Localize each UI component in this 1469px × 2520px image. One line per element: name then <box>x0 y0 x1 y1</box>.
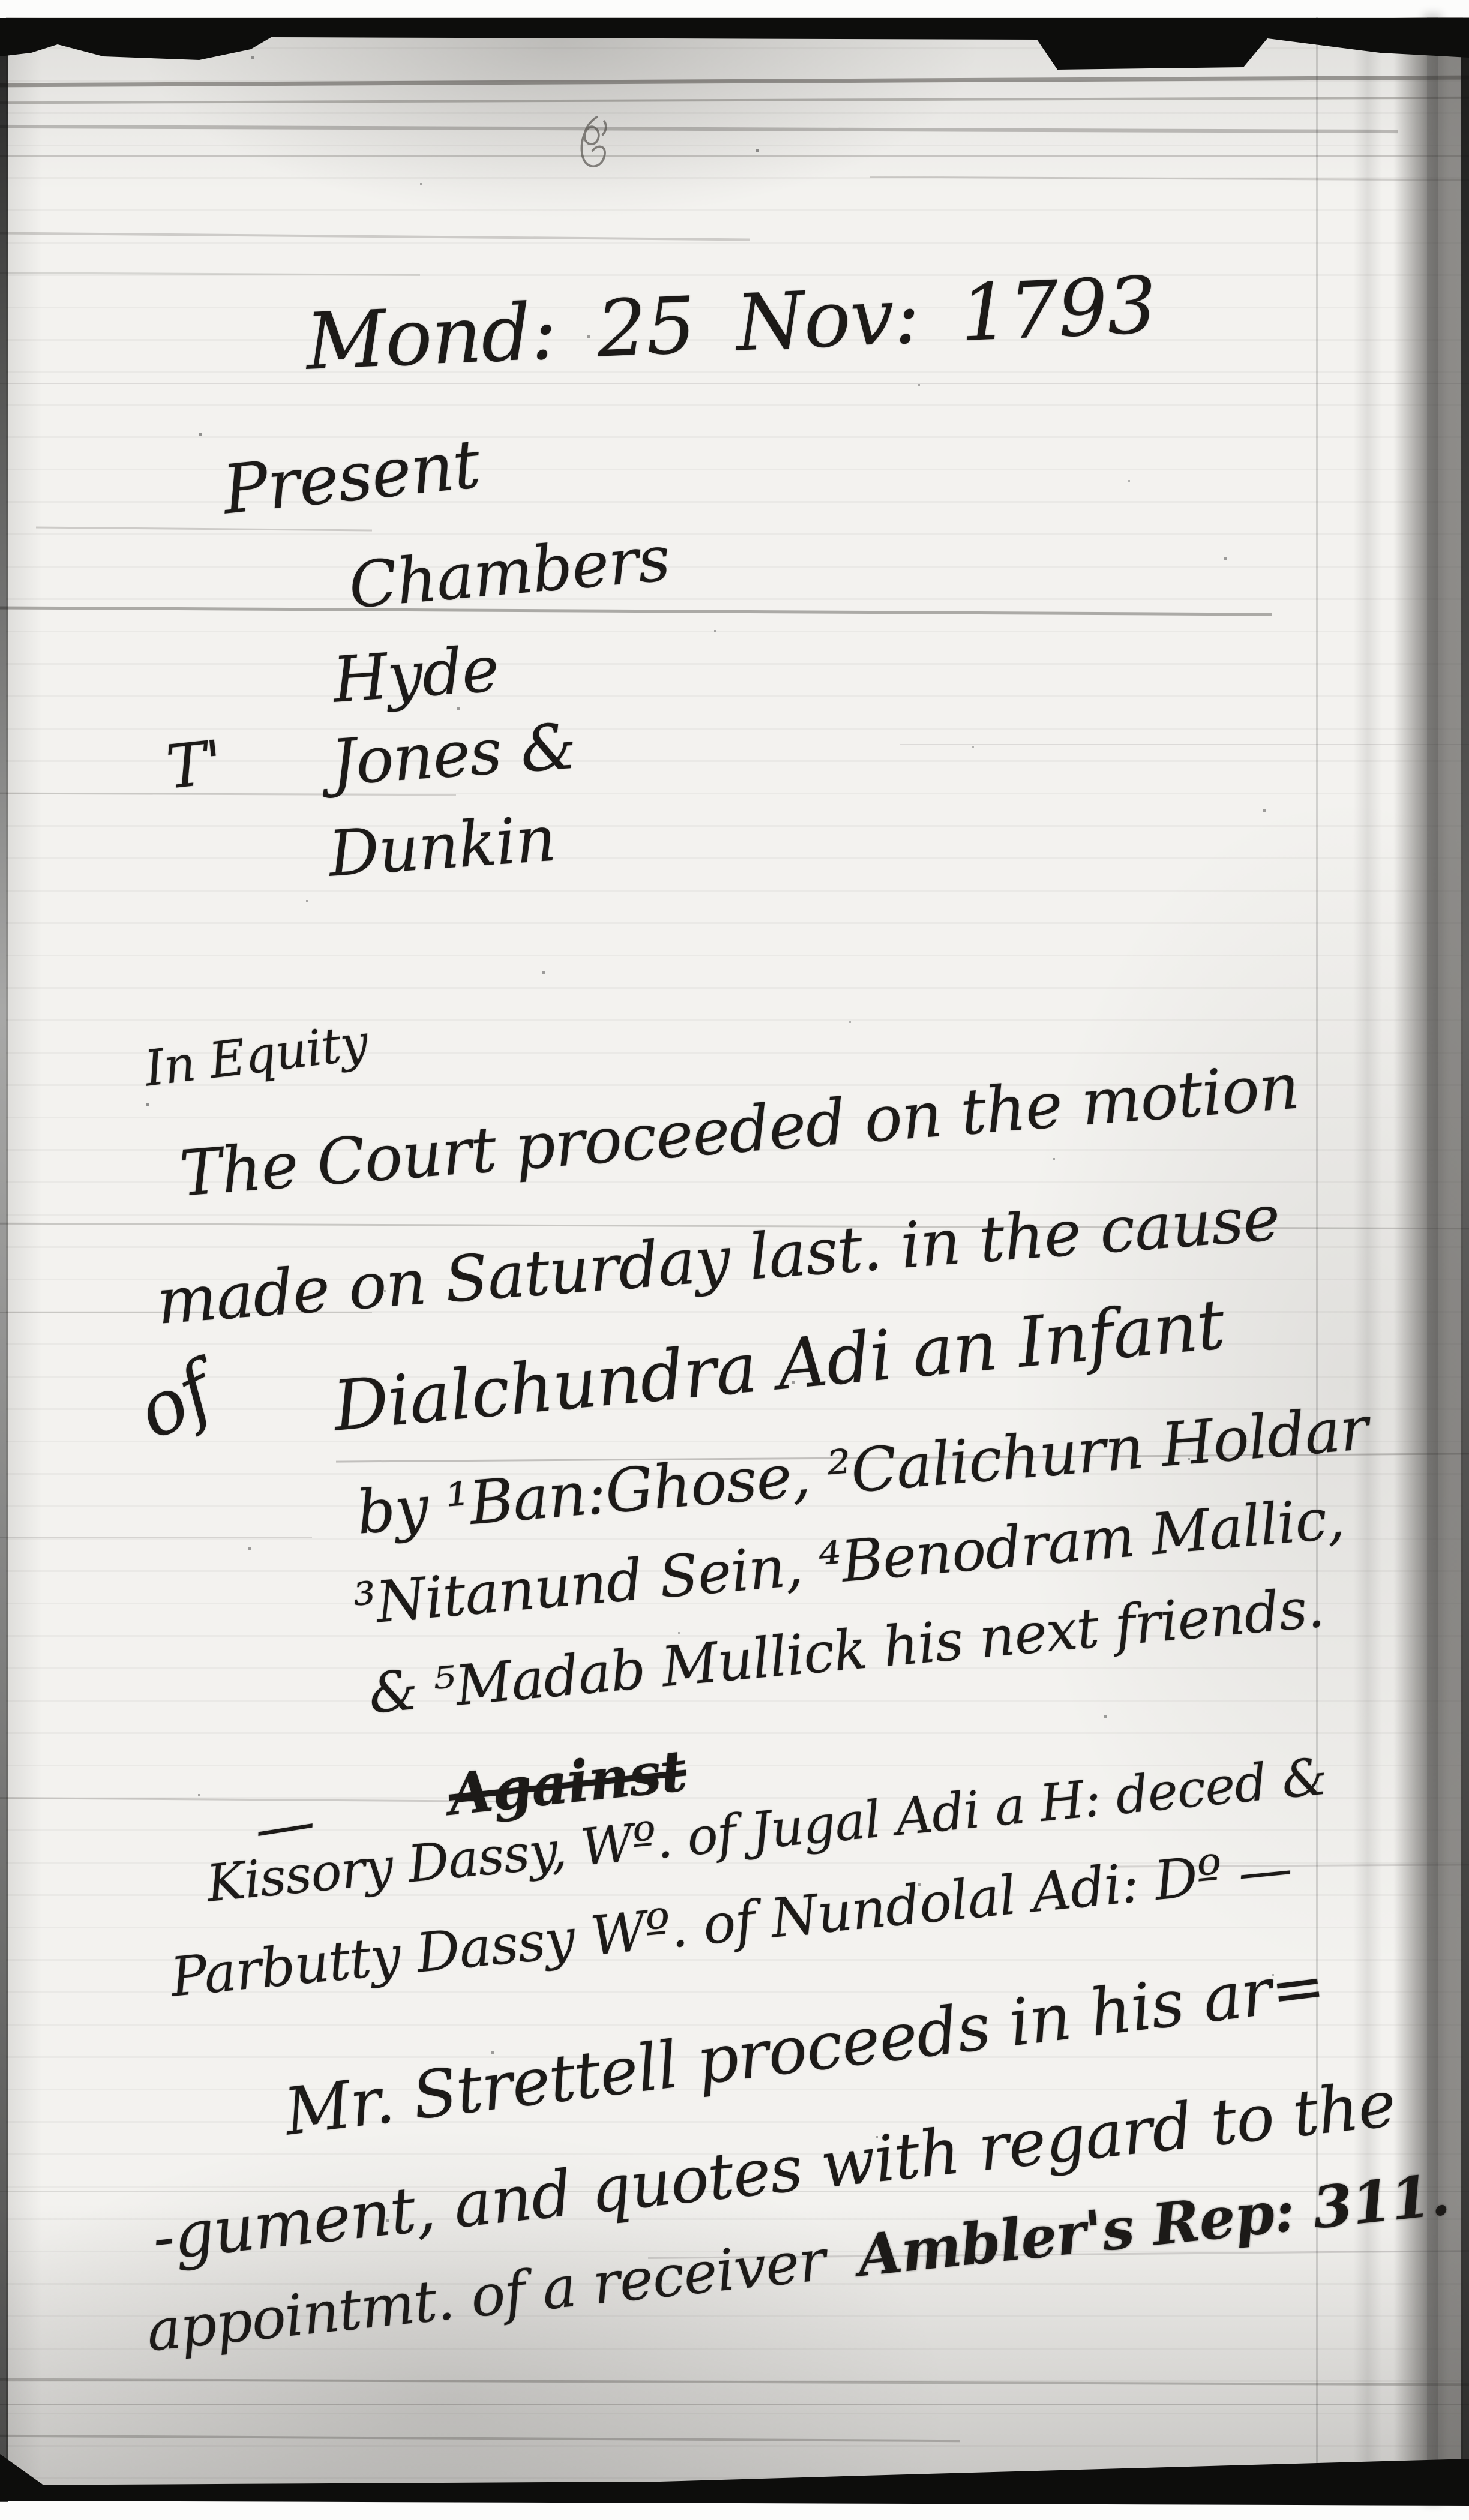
scanned-manuscript-page: Mond: 25 Nov: 1793 Present Chambers Hyde… <box>0 0 1469 2520</box>
top-edge <box>0 18 1469 70</box>
left-edge <box>0 18 8 2502</box>
bottom-left-corner <box>0 2454 57 2497</box>
right-edge <box>1461 18 1469 2502</box>
bottom-edge-wedge <box>0 2459 1469 2506</box>
page-edge-frame <box>0 0 1469 2520</box>
